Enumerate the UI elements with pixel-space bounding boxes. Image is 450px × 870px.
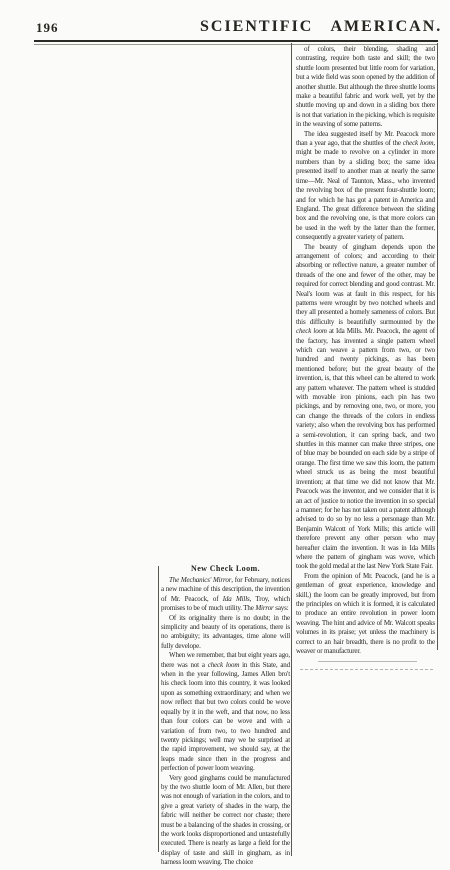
italic-text-run: The Mechanics' Mirror — [169, 576, 231, 584]
text-run: of colors, their blending, shading and c… — [296, 45, 435, 128]
italic-text-run: check loom — [208, 661, 239, 669]
masthead-title: SCIENTIFIC AMERICAN. — [200, 18, 438, 36]
text-run: at Ida Mills. Mr. Peacock, the agent of … — [296, 327, 435, 570]
column-divider-rule — [291, 43, 292, 856]
article-title: New Check Loom. — [161, 564, 290, 573]
article-paragraph: The idea suggested itself by Mr. Peacock… — [296, 130, 435, 243]
italic-text-run: Ida Mills — [223, 595, 250, 603]
article-paragraph: Of its originality there is no doubt; in… — [161, 614, 290, 652]
text-run: , might be made to revolve on a cylinder… — [296, 139, 435, 241]
article-end-rule — [318, 661, 417, 662]
text-run: Of its originality there is no doubt; in… — [161, 614, 290, 650]
article-paragraph: of colors, their blending, shading and c… — [296, 45, 435, 130]
text-run: From the opinion of Mr. Peacock, (and he… — [296, 572, 435, 655]
text-run: says: — [274, 604, 289, 612]
header-rule-heavy — [34, 40, 438, 42]
left-column: New Check Loom. The Mechanics' Mirror, f… — [161, 564, 290, 868]
italic-text-run: check loom — [403, 139, 434, 147]
text-run: Very good ginghams could be manufactured… — [161, 774, 290, 867]
article-paragraph: The Mechanics' Mirror, for February, not… — [161, 576, 290, 614]
article-paragraph: When we remember, that but eight years a… — [161, 651, 290, 773]
article-paragraph: From the opinion of Mr. Peacock, (and he… — [296, 572, 435, 657]
text-run: The beauty of gingham depends upon the a… — [296, 243, 435, 326]
left-column-rule — [158, 566, 159, 852]
article-paragraph: The beauty of gingham depends upon the a… — [296, 243, 435, 572]
italic-text-run: check loom — [296, 327, 327, 335]
right-column: of colors, their blending, shading and c… — [296, 45, 435, 670]
page-number: 196 — [36, 20, 59, 36]
faded-next-line-rule — [300, 669, 433, 670]
right-edge-rule — [437, 43, 438, 650]
article-paragraph: Very good ginghams could be manufactured… — [161, 774, 290, 868]
newspaper-page: 196 SCIENTIFIC AMERICAN. New Check Loom.… — [0, 0, 450, 870]
text-run: in this State, and when in the year foll… — [161, 661, 290, 772]
italic-text-run: Mirror — [255, 604, 273, 612]
